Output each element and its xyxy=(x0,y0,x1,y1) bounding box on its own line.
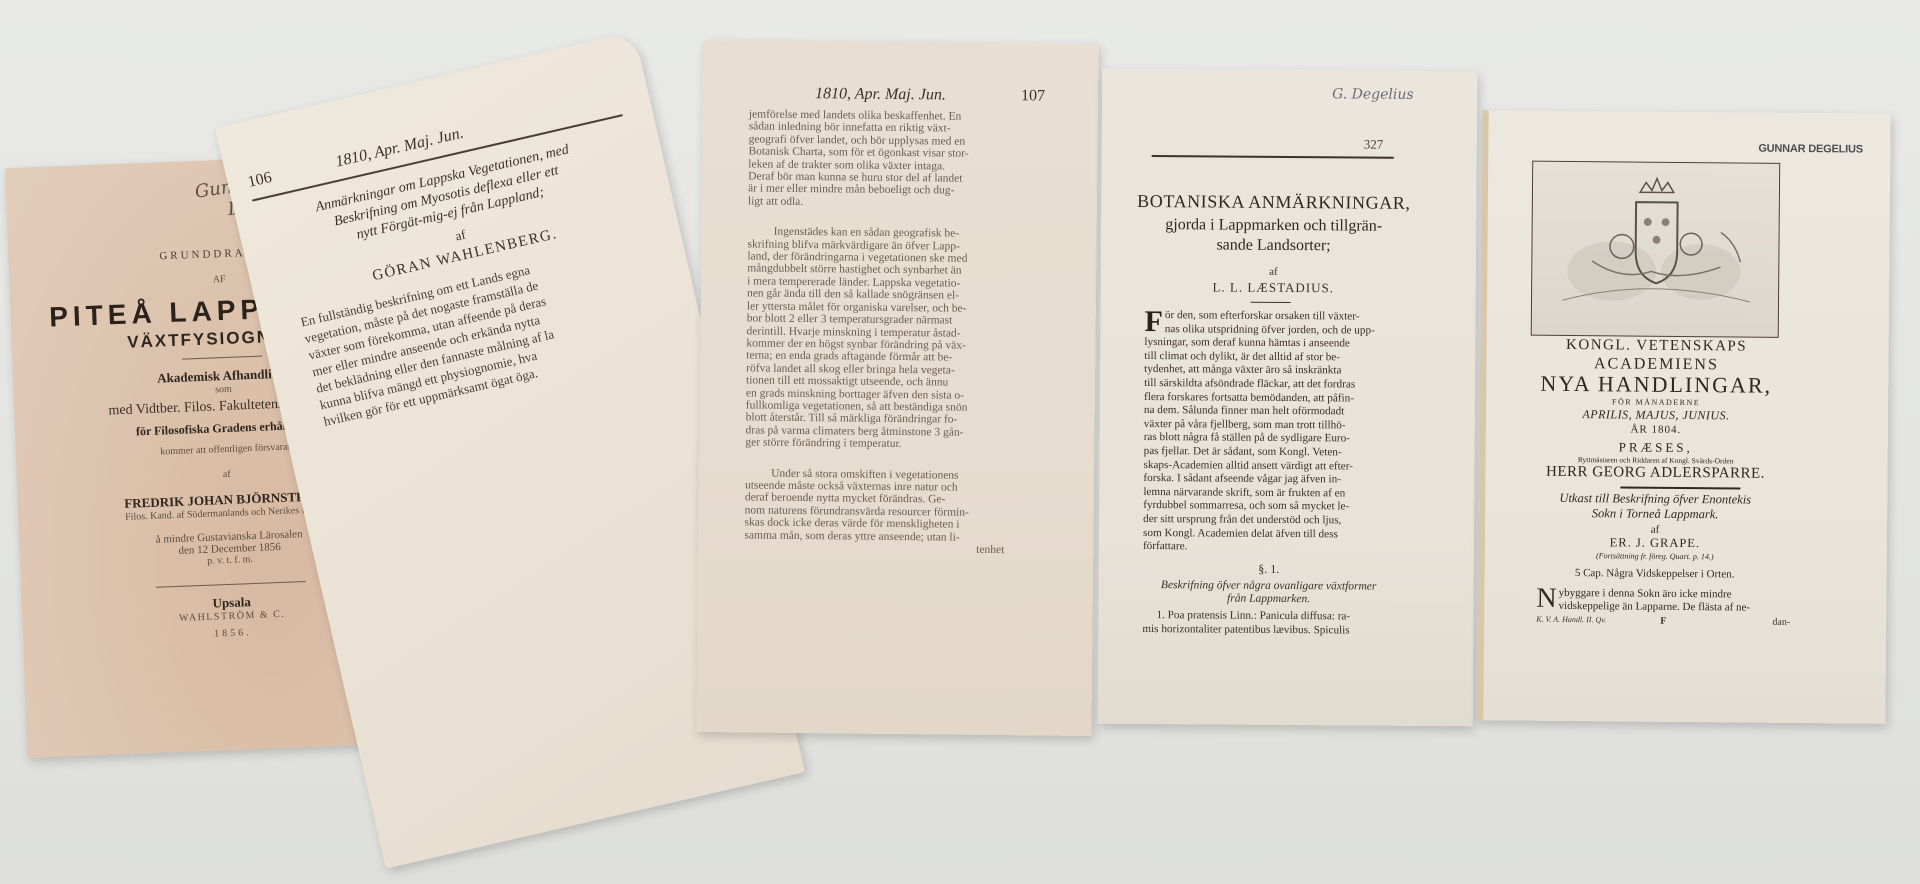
header-rule xyxy=(1152,155,1394,159)
page-number: 106 xyxy=(246,169,273,192)
rule-divider xyxy=(182,356,262,360)
section-title: Beskrifning öfver några ovanligare växtf… xyxy=(1143,579,1395,607)
coat-of-arms-engraving xyxy=(1531,161,1781,338)
body-line: der sitt ursprung från det understöd och… xyxy=(1143,513,1395,528)
drop-cap: F xyxy=(1144,309,1163,335)
laestadius-page-document: G. Degelius 327 BOTANISKA ANMÄRKNINGAR, … xyxy=(1098,69,1478,727)
running-head-text: 1810, Apr. Maj. Jun. xyxy=(815,85,946,103)
year: ÅR 1804. xyxy=(1506,422,1806,437)
body-line: forska. I sådant afseende vågar jag äfve… xyxy=(1143,472,1395,487)
rule-divider xyxy=(1620,486,1740,489)
herr-line: HERR GEORG ADLERSPARRE. xyxy=(1505,463,1805,483)
continuation-note: (Fortsättning fr. föreg. Quart. p. 14.) xyxy=(1505,550,1805,562)
af: af xyxy=(1101,265,1446,279)
page-footer: K. V. A. Handl. II. Qv. F dan- xyxy=(1536,615,1790,626)
section-title-line: Beskrifning öfver några ovanligare växtf… xyxy=(1143,579,1395,594)
footer-journal: K. V. A. Handl. II. Qv. xyxy=(1536,615,1606,625)
entry-line: mis horizontaliter patentibus lævibus. S… xyxy=(1142,623,1394,638)
article-title: Utkast till Beskrifning öfver Enontekis … xyxy=(1505,490,1805,523)
body-line: na dem. Sålunda finner man helt oförmoda… xyxy=(1144,404,1396,419)
page-number: 327 xyxy=(1364,137,1384,153)
drop-cap: N xyxy=(1536,587,1556,611)
running-head: 1810, Apr. Maj. Jun. 107 xyxy=(815,85,1005,105)
chapter-heading: 5 Cap. Några Vidskeppelser i Orten. xyxy=(1505,566,1805,581)
owner-stamp: GUNNAR DEGELIUS xyxy=(1758,143,1863,156)
page-107-document: 1810, Apr. Maj. Jun. 107 jemförelse med … xyxy=(696,40,1098,736)
nya-handlingar-title: NYA HANDLINGAR, xyxy=(1506,370,1806,399)
author-name: L. L. LÆSTADIUS. xyxy=(1101,279,1446,297)
body-line: författare. xyxy=(1143,540,1395,555)
rule-divider xyxy=(156,581,306,588)
body-text: jemförelse med landets olika beskaffenhe… xyxy=(744,108,1009,556)
section-title-line: från Lappmarken. xyxy=(1143,592,1395,607)
signature-mark: F xyxy=(1660,616,1666,627)
author-name: ER. J. GRAPE. xyxy=(1505,534,1805,552)
crown-and-cherubs-icon xyxy=(1532,162,1780,337)
rule-divider xyxy=(1251,302,1291,303)
subtitle-line: sande Landsorter; xyxy=(1101,235,1446,257)
body-line: ör den, som efterforskar orsaken till vä… xyxy=(1145,309,1397,324)
catchword: dan- xyxy=(1772,617,1790,628)
article-title-line: Sokn i Torneå Lappmark. xyxy=(1505,505,1805,523)
body-text: F ör den, som efterforskar orsaken till … xyxy=(1142,309,1396,638)
species-entry: 1. Poa pratensis Linn.: Panicula diffusa… xyxy=(1142,609,1394,638)
article-title: BOTANISKA ANMÄRKNINGAR, xyxy=(1101,191,1446,214)
article-subtitle: gjorda i Lappmarken och tillgrän- sande … xyxy=(1101,215,1446,257)
months: APRILIS, MAJUS, JUNIUS. xyxy=(1506,406,1806,424)
body-line: tenhet xyxy=(744,541,1004,556)
section-number: §. 1. xyxy=(1143,562,1395,577)
kva-nya-handlingar-document: GUNNAR DEGELIUS KONGL. VETENSKAPS ACADEM… xyxy=(1477,110,1890,724)
kongl-vetenskaps: KONGL. VETENSKAPS xyxy=(1507,336,1807,356)
handwritten-inscription: G. Degelius xyxy=(1332,86,1414,103)
body-line: pas fjellar. Det är sådant, som Kongl. V… xyxy=(1144,445,1396,460)
body-line: till särskildta afsöndrade fläckar, att … xyxy=(1144,377,1396,392)
body-line: vidskeppelige än Lapparne. De flästa af … xyxy=(1536,600,1790,615)
page-number: 107 xyxy=(1021,87,1045,105)
body-line: lysningar, som deraf kunna hämtas i anse… xyxy=(1144,336,1396,351)
subtitle-line: gjorda i Lappmarken och tillgrän- xyxy=(1101,215,1446,237)
body-text: N ybyggare i denna Sokn äro icke mindre … xyxy=(1536,587,1790,615)
